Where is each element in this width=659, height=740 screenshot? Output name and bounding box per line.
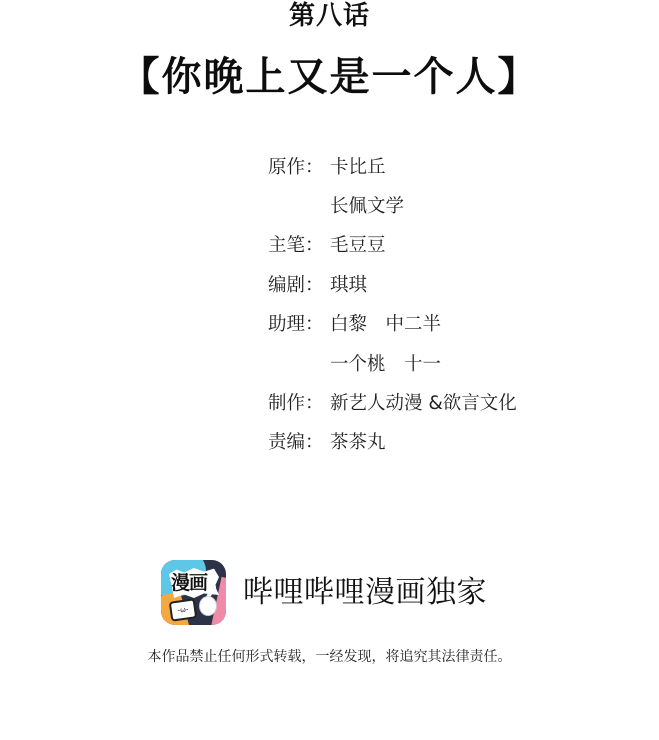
credit-row-original-author: 原作： 卡比丘 (268, 146, 608, 185)
credit-value: 白黎 中二半 (330, 310, 608, 336)
credit-value: 一个桃 十一 (330, 350, 608, 376)
credit-label: 主笔： (268, 231, 330, 257)
credit-row-assistants-cont: 一个桃 十一 (268, 343, 608, 382)
credit-row-production: 制作： 新艺人动漫 &欲言文化 (268, 382, 608, 421)
credit-row-editor: 责编： 茶茶丸 (268, 422, 608, 461)
credits-list: 原作： 卡比丘 长佩文学 主笔： 毛豆豆 编剧： 琪琪 助理： 白黎 中二半 一… (268, 146, 608, 461)
copyright-disclaimer: 本作品禁止任何形式转载，一经发现，将追究其法律责任。 (0, 647, 659, 667)
credit-row-assistants: 助理： 白黎 中二半 (268, 304, 608, 343)
credit-label: 制作： (268, 389, 330, 415)
credit-label: 原作： (268, 153, 330, 179)
logo-tv-mascot-icon: -ω- (169, 598, 198, 621)
credit-label: 编剧： (268, 271, 330, 297)
chapter-number: 第八话 (0, 0, 659, 32)
credit-row-screenwriter: 编剧： 琪琪 (268, 264, 608, 303)
logo-spoon-icon (199, 596, 217, 616)
bilibili-manga-logo-icon: 漫画 -ω- (161, 560, 226, 625)
brand-exclusive-text: 哔哩哔哩漫画独家 (243, 575, 487, 611)
credit-row-lead-artist: 主笔： 毛豆豆 (268, 225, 608, 264)
credit-value: 新艺人动漫 &欲言文化 (330, 389, 608, 415)
logo-manhua-text: 漫画 (171, 572, 207, 594)
credit-value: 长佩文学 (330, 192, 608, 218)
credit-value: 茶茶丸 (330, 428, 608, 454)
credit-row-original-publisher: 长佩文学 (268, 185, 608, 224)
credit-value: 毛豆豆 (330, 231, 608, 257)
credit-value: 琪琪 (330, 271, 608, 297)
credit-value: 卡比丘 (330, 153, 608, 179)
chapter-title: 【你晚上又是一个人】 (0, 52, 659, 102)
brand-banner: 漫画 -ω- 哔哩哔哩漫画独家 (161, 560, 487, 625)
credit-label: 助理： (268, 310, 330, 336)
credit-label: 责编： (268, 428, 330, 454)
